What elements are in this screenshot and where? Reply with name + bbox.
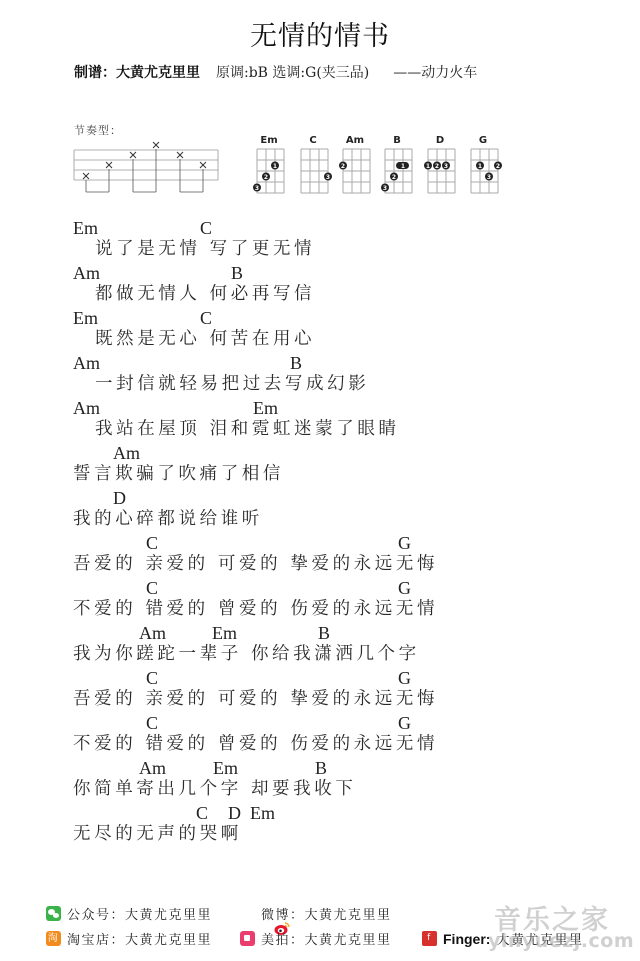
chord-label: Am	[73, 353, 100, 373]
chord-fretboard: 123	[253, 147, 289, 197]
lyric-line: 我的心碎都说给谁听	[73, 508, 263, 530]
chord-label: Em	[253, 398, 278, 418]
lyric-line: 说了是无情 写了更无情	[95, 238, 315, 260]
key-info: 原调:bB 选调:G(夹三品)	[216, 65, 369, 81]
svg-text:2: 2	[264, 174, 268, 181]
svg-text:1: 1	[426, 163, 430, 170]
weibo-icon	[240, 906, 255, 921]
taobao-icon: 淘	[46, 931, 61, 946]
chord-label: C	[200, 218, 212, 238]
chord-label: Em	[73, 308, 98, 328]
finger-name: 大黄尤克里里	[496, 929, 583, 948]
svg-text:1: 1	[273, 163, 277, 170]
song-meta: 制谱：大黄尤克里里原调:bB 选调:G(夹三品)——动力火车	[74, 62, 477, 82]
chord-label: Am	[139, 623, 166, 643]
svg-text:2: 2	[435, 163, 439, 170]
chord-diagram-name: C	[297, 135, 329, 146]
finger-app-icon: f	[422, 931, 437, 946]
lyric-line: 我为你蹉跎一辈子 你给我潇洒几个字	[73, 643, 420, 665]
lyric-line: 都做无情人 何必再写信	[95, 283, 315, 305]
chord-label: G	[398, 668, 411, 688]
lyric-line: 我站在屋顶 泪和霓虹迷蒙了眼睛	[95, 418, 400, 440]
lyric-line: 不爱的 错爱的 曾爱的 伤爱的永远无情	[73, 598, 438, 620]
chord-label: Em	[250, 803, 275, 823]
chord-label: Em	[73, 218, 98, 238]
lyric-line: 你简单寄出几个字 却要我收下	[73, 778, 356, 800]
svg-text:3: 3	[487, 174, 491, 181]
watermark: 音乐之家 yinyuezj.com	[488, 898, 638, 958]
chord-fretboard: 123	[467, 147, 503, 197]
chord-fretboard: 3	[297, 147, 333, 197]
chord-label: C	[146, 668, 158, 688]
chord-label: Em	[213, 758, 238, 778]
chord-diagram-name: D	[424, 135, 456, 146]
chord-fretboard: 123	[424, 147, 460, 197]
chord-label: B	[315, 758, 327, 778]
lyric-line: 誓言欺骗了吹痛了相信	[73, 463, 284, 485]
rhythm-pattern	[72, 140, 222, 204]
svg-text:1: 1	[401, 163, 405, 170]
song-title: 无情的情书	[0, 14, 640, 53]
wechat-icon	[46, 906, 61, 921]
chord-label: Am	[73, 263, 100, 283]
chord-label: Am	[73, 398, 100, 418]
chord-label: Am	[139, 758, 166, 778]
chord-diagram-name: Em	[253, 135, 285, 146]
chord-label: C	[146, 578, 158, 598]
chord-label: B	[318, 623, 330, 643]
svg-text:2: 2	[392, 174, 396, 181]
chord-label: G	[398, 713, 411, 733]
lyric-line: 一封信就轻易把过去写成幻影	[95, 373, 369, 395]
lyric-line: 吾爱的 亲爱的 可爱的 挚爱的永远无悔	[73, 553, 438, 575]
svg-text:3: 3	[255, 185, 259, 192]
rhythm-label: 节奏型：	[74, 122, 122, 138]
chord-label: C	[146, 713, 158, 733]
chord-label: D	[228, 803, 241, 823]
lyric-line: 既然是无心 何苦在用心	[95, 328, 315, 350]
chord-diagram-name: Am	[339, 135, 371, 146]
footer-weibo: 微博：大黄尤克里里	[240, 904, 392, 923]
taobao-label: 淘宝店：大黄尤克里里	[67, 929, 212, 948]
svg-text:3: 3	[383, 185, 387, 192]
wechat-label: 公众号：大黄尤克里里	[67, 904, 212, 923]
chord-label: B	[290, 353, 302, 373]
chord-label: D	[113, 488, 126, 508]
chord-fretboard: 2	[339, 147, 375, 197]
chord-diagram-name: G	[467, 135, 499, 146]
strum-pattern-diagram	[72, 140, 222, 200]
svg-text:3: 3	[326, 174, 330, 181]
svg-text:1: 1	[478, 163, 482, 170]
lyric-line: 无尽的无声的哭啊	[73, 823, 242, 845]
footer-taobao: 淘 淘宝店：大黄尤克里里	[46, 929, 212, 948]
svg-text:3: 3	[444, 163, 448, 170]
chord-label: Am	[113, 443, 140, 463]
footer-wechat: 公众号：大黄尤克里里	[46, 904, 212, 923]
chord-label: Em	[212, 623, 237, 643]
chord-label: C	[146, 533, 158, 553]
lyric-line: 吾爱的 亲爱的 可爱的 挚爱的永远无悔	[73, 688, 438, 710]
chord-label: C	[196, 803, 208, 823]
svg-text:2: 2	[496, 163, 500, 170]
meipai-label: 美拍：大黄尤克里里	[261, 929, 392, 948]
chord-fretboard: 123	[381, 147, 417, 197]
chord-label: C	[200, 308, 212, 328]
chord-label: G	[398, 578, 411, 598]
arranger: 制谱：大黄尤克里里	[74, 65, 200, 81]
chord-diagram-name: B	[381, 135, 413, 146]
footer-finger: f Finger: 大黄尤克里里	[422, 929, 583, 948]
artist: ——动力火车	[393, 65, 477, 81]
lyric-line: 不爱的 错爱的 曾爱的 伤爱的永远无情	[73, 733, 438, 755]
chord-label: G	[398, 533, 411, 553]
meipai-icon	[240, 931, 255, 946]
chord-label: B	[231, 263, 243, 283]
footer-meipai: 美拍：大黄尤克里里	[240, 929, 392, 948]
finger-label: Finger:	[443, 931, 490, 947]
svg-text:2: 2	[341, 163, 345, 170]
